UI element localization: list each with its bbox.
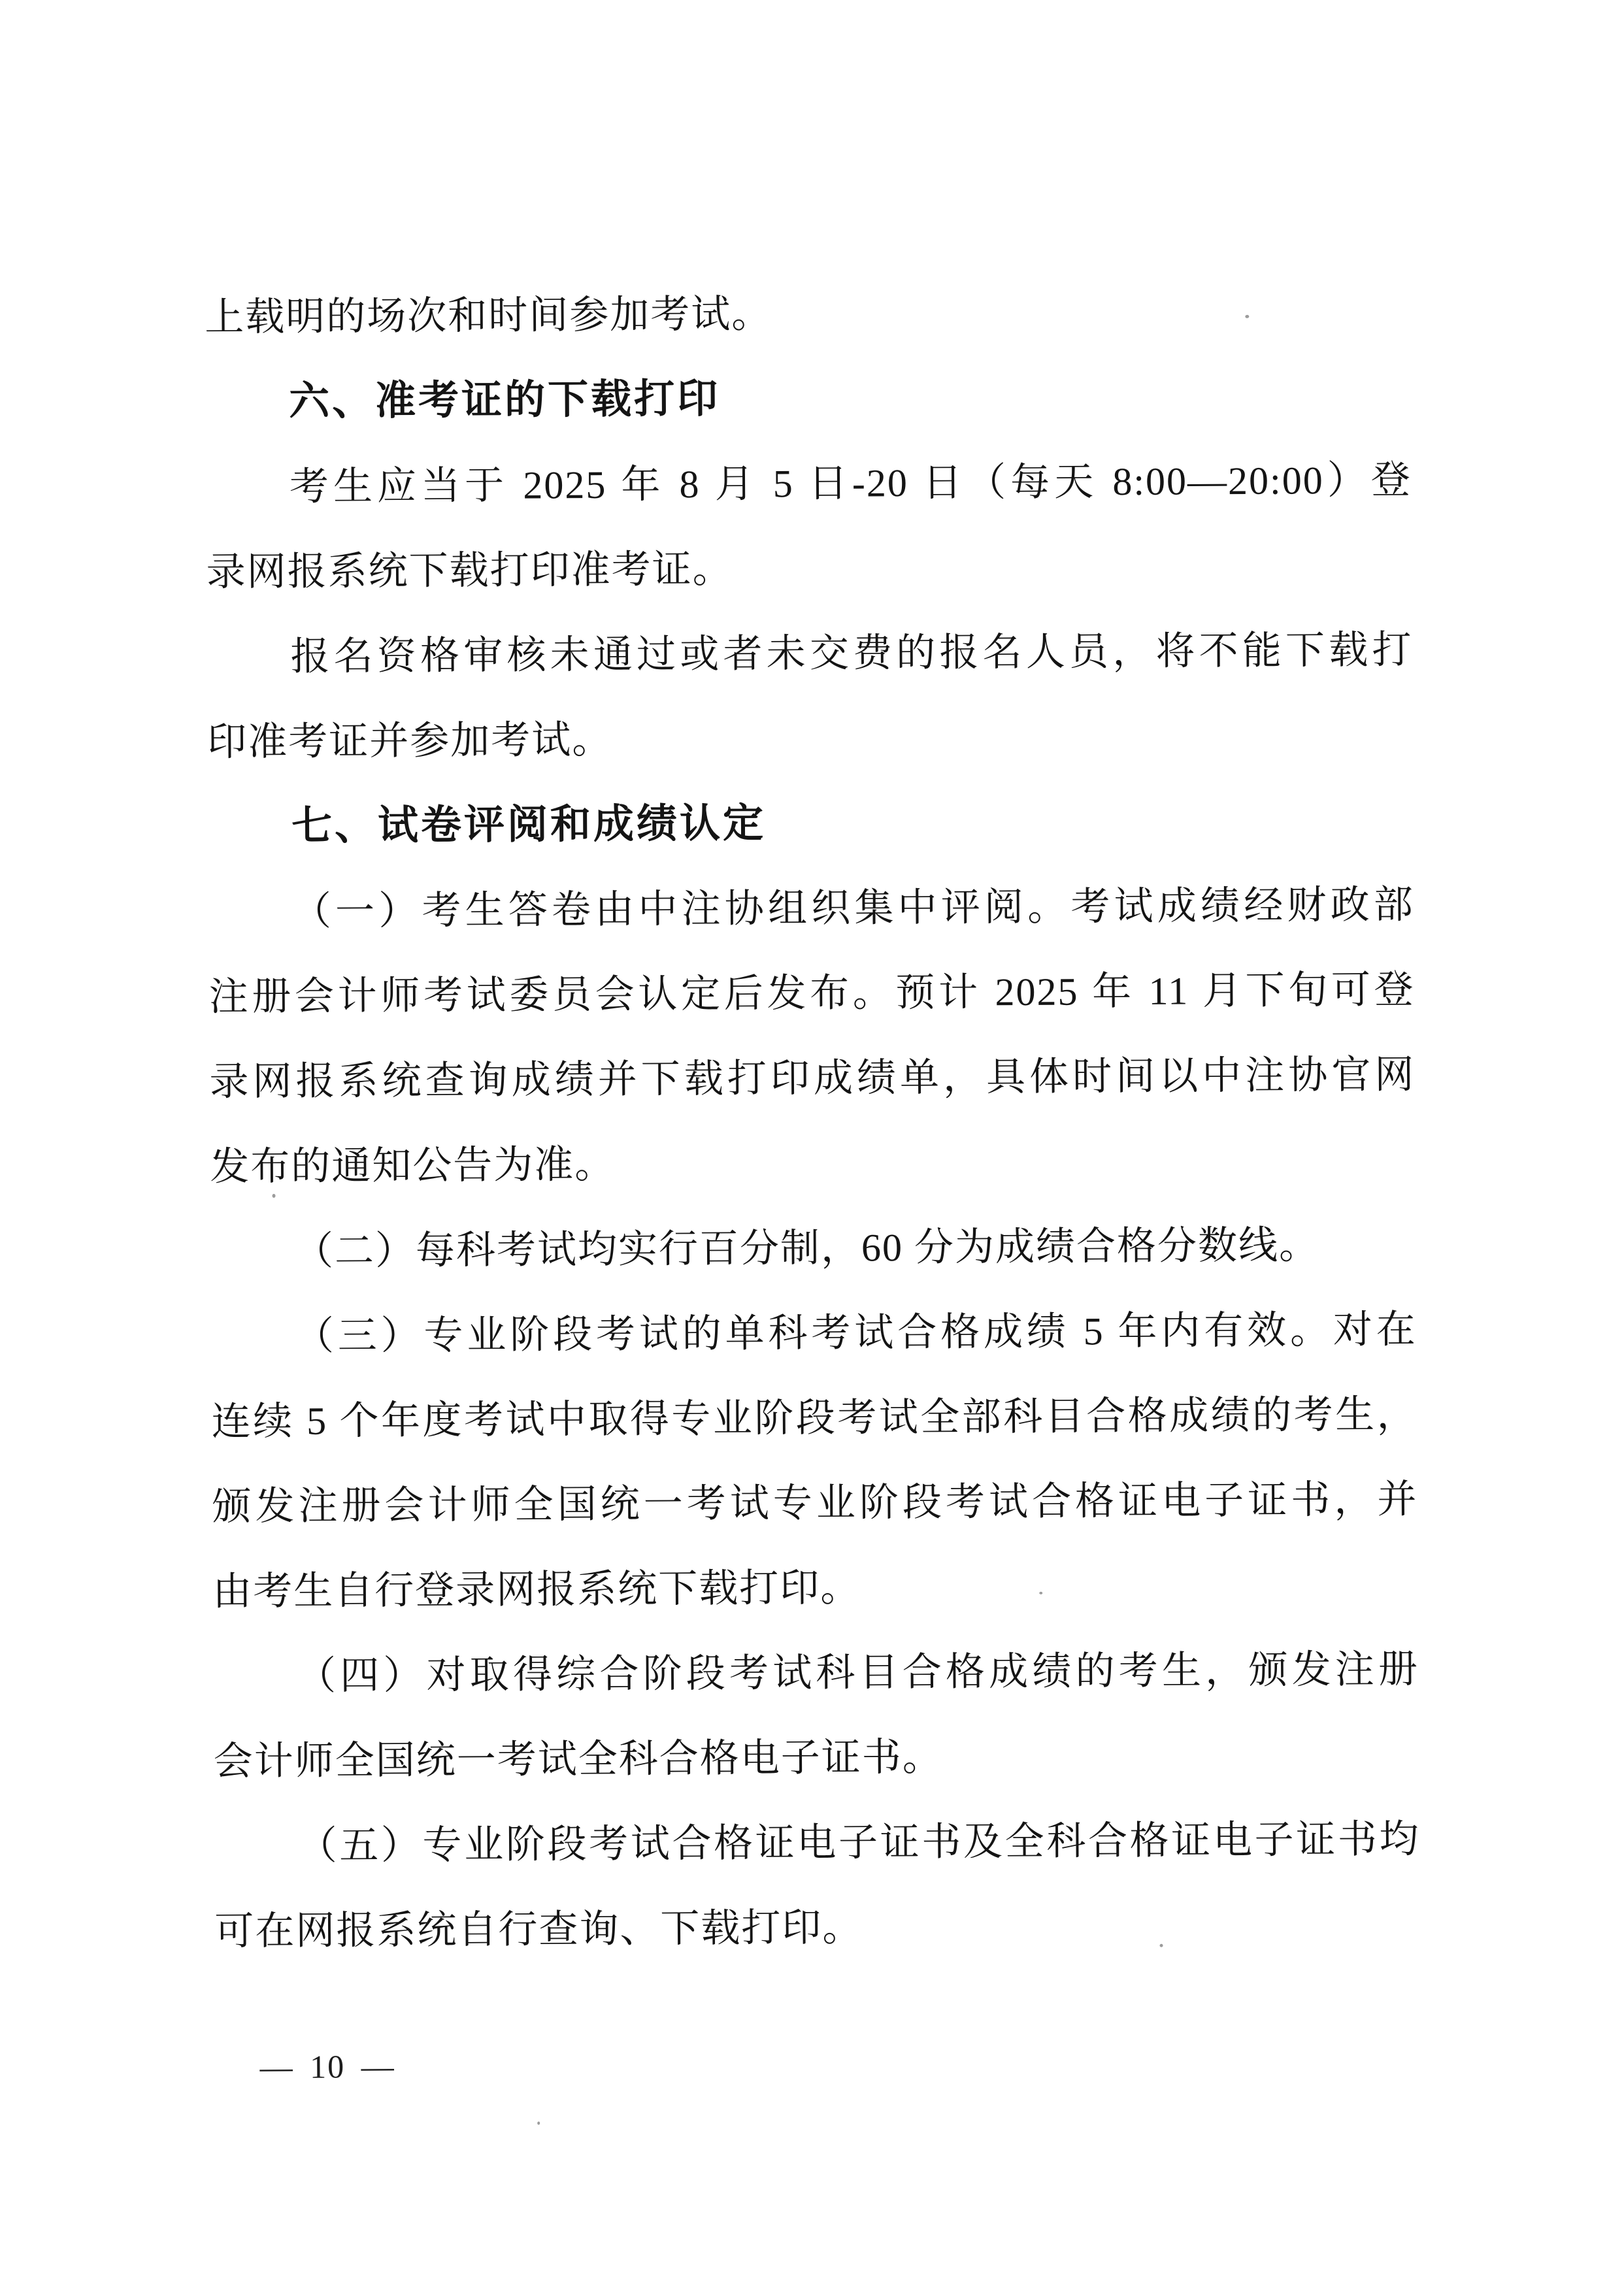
text-line: 录网报系统下载打印准考证。: [206, 522, 1412, 614]
text-line: 报名资格审核未通过或者未交费的报名人员，将不能下载打: [207, 607, 1413, 699]
scan-speck: [537, 2122, 540, 2125]
text-line: 录网报系统查询成绩并下载打印成绩单，具体时间以中注协官网: [209, 1032, 1416, 1124]
text-line: 由考生自行登录网报系统下载打印。: [212, 1542, 1419, 1634]
document-body: 上载明的场次和时间参加考试。六、准考证的下载打印考生应当于 2025 年 8 月…: [205, 267, 1421, 1973]
text-line: 会计师全国统一考试全科合格电子证书。: [213, 1711, 1419, 1804]
text-line: 上载明的场次和时间参加考试。: [205, 267, 1411, 359]
text-line: 颁发注册会计师全国统一考试专业阶段考试合格证电子证书，并: [212, 1457, 1418, 1549]
scan-speck: [1039, 1592, 1042, 1594]
text-line: （二）每科考试均实行百分制，60 分为成绩合格分数线。: [210, 1202, 1417, 1294]
text-line: 连续 5 个年度考试中取得专业阶段考试全部科目合格成绩的考生，: [211, 1372, 1417, 1464]
text-line: 考生应当于 2025 年 8 月 5 日-20 日（每天 8:00—20:00）…: [205, 437, 1412, 529]
scan-speck: [1245, 315, 1249, 318]
section-heading: 七、试卷评阅和成绩认定: [208, 777, 1414, 869]
text-line: 发布的通知公告为准。: [210, 1117, 1416, 1209]
text-line: （三）专业阶段考试的单科考试合格成绩 5 年内有效。对在: [210, 1287, 1417, 1379]
text-line: 印准考证并参加考试。: [207, 692, 1414, 784]
section-heading: 六、准考证的下载打印: [205, 352, 1412, 444]
scan-speck: [1160, 1944, 1163, 1947]
text-line: （五）专业阶段考试合格证电子证书及全科合格证电子证书均: [214, 1796, 1420, 1889]
page-footer: — 10 —: [259, 2045, 395, 2088]
text-line: （四）对取得综合阶段考试科目合格成绩的考生，颁发注册: [213, 1626, 1419, 1719]
text-line: （一）考生答卷由中注协组织集中评阅。考试成绩经财政部: [208, 862, 1414, 954]
page-number: — 10 —: [259, 2048, 395, 2085]
text-line: 注册会计师考试委员会认定后发布。预计 2025 年 11 月下旬可登: [208, 947, 1415, 1039]
scanned-page: 上载明的场次和时间参加考试。六、准考证的下载打印考生应当于 2025 年 8 月…: [0, 0, 1624, 2293]
scan-speck: [272, 1194, 275, 1198]
text-line: 可在网报系统自行查询、下载打印。: [214, 1881, 1421, 1973]
